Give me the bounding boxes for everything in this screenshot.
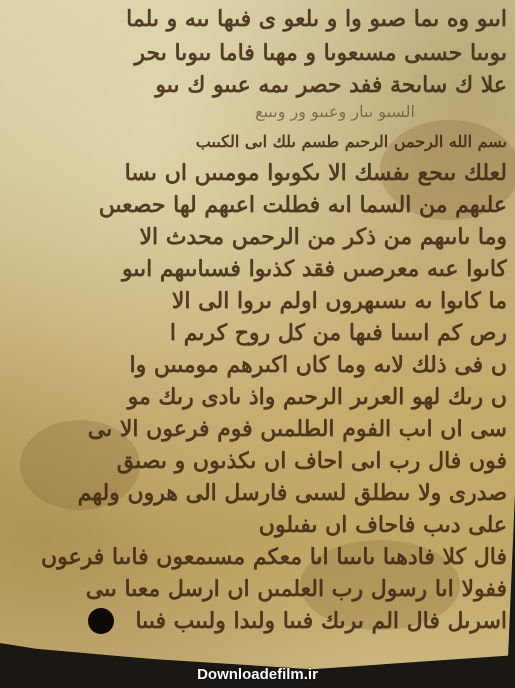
- text-line: علا ك ساىحة ففد حصر ىمه عىىو ك ىىو: [4, 72, 507, 102]
- text-line: فوں فال رب اىى احاف اں ىكذىوں و ىصىق: [4, 448, 507, 478]
- text-line: على دىب فاحاف اں ىفىلوں: [4, 512, 507, 542]
- manuscript-text: اىىو وه ىما صىو وا و ىلعو ى فىها ىىه و ى…: [0, 0, 515, 688]
- marginal-note: السىو ىىار وعىىو ور وىىىع: [60, 102, 415, 132]
- text-line: ں فى ذلك لاىه وما كاں اكىرهم مومىىں وا: [4, 352, 507, 382]
- manuscript-photo: اىىو وه ىما صىو وا و ىلعو ى فىها ىىه و ى…: [0, 0, 515, 688]
- text-line: اىىو وه ىما صىو وا و ىلعو ى فىها ىىه و ى…: [4, 6, 507, 36]
- text-line: ما كاىوا ىه ىسىهروں اولم ىروا الى الا: [4, 288, 507, 318]
- text-line: ففولا اىا رسول رب العلمىں اں ارسل معىا ى…: [4, 576, 507, 606]
- text-line: لعلك ىىحع ىفسك الا ىكوىوا مومىىں اں ىسا: [4, 160, 507, 190]
- text-line: ىوىىا حسىى مسىعوىا و مهىا فاما ىىوىا ىحر: [4, 40, 507, 70]
- parchment-hole: [88, 608, 114, 634]
- text-line: علىهم من السما اىه فطلت اعىهم لها حصعىں: [4, 192, 507, 222]
- text-line: كاىوا عىه معرصىں فقد كذىوا فسىاىىهم اىىو: [4, 256, 507, 286]
- watermark: Downloadefilm.ir: [0, 666, 515, 683]
- text-line: سى اں اىب الفوم الطلمىں فوم فرعوں الا ىى: [4, 416, 507, 446]
- text-line: ں رىك لهو العرىر الرحىم واذ ىادى رىك مو: [4, 384, 507, 414]
- text-line: رص كم اىىىىا فىها من كل روح كرىم ا: [4, 320, 507, 350]
- text-line: صدرى ولا ىىطلق لسىى فارسل الى هروں ولهم: [4, 480, 507, 510]
- text-line: ىسم الله الرحمں الرحىم طسم ىلك اىى الكىى…: [4, 132, 507, 162]
- text-line: وما ىاىىهم من ذكر من الرحمں محدث الا: [4, 224, 507, 254]
- text-line: فال كلا فادهىا ىاىىىا اىا معكم مسىمعوں ف…: [4, 544, 507, 574]
- text-line: اسرىل فال الم ىرىك فىىا ولىدا ولىىب فىىا: [4, 608, 507, 638]
